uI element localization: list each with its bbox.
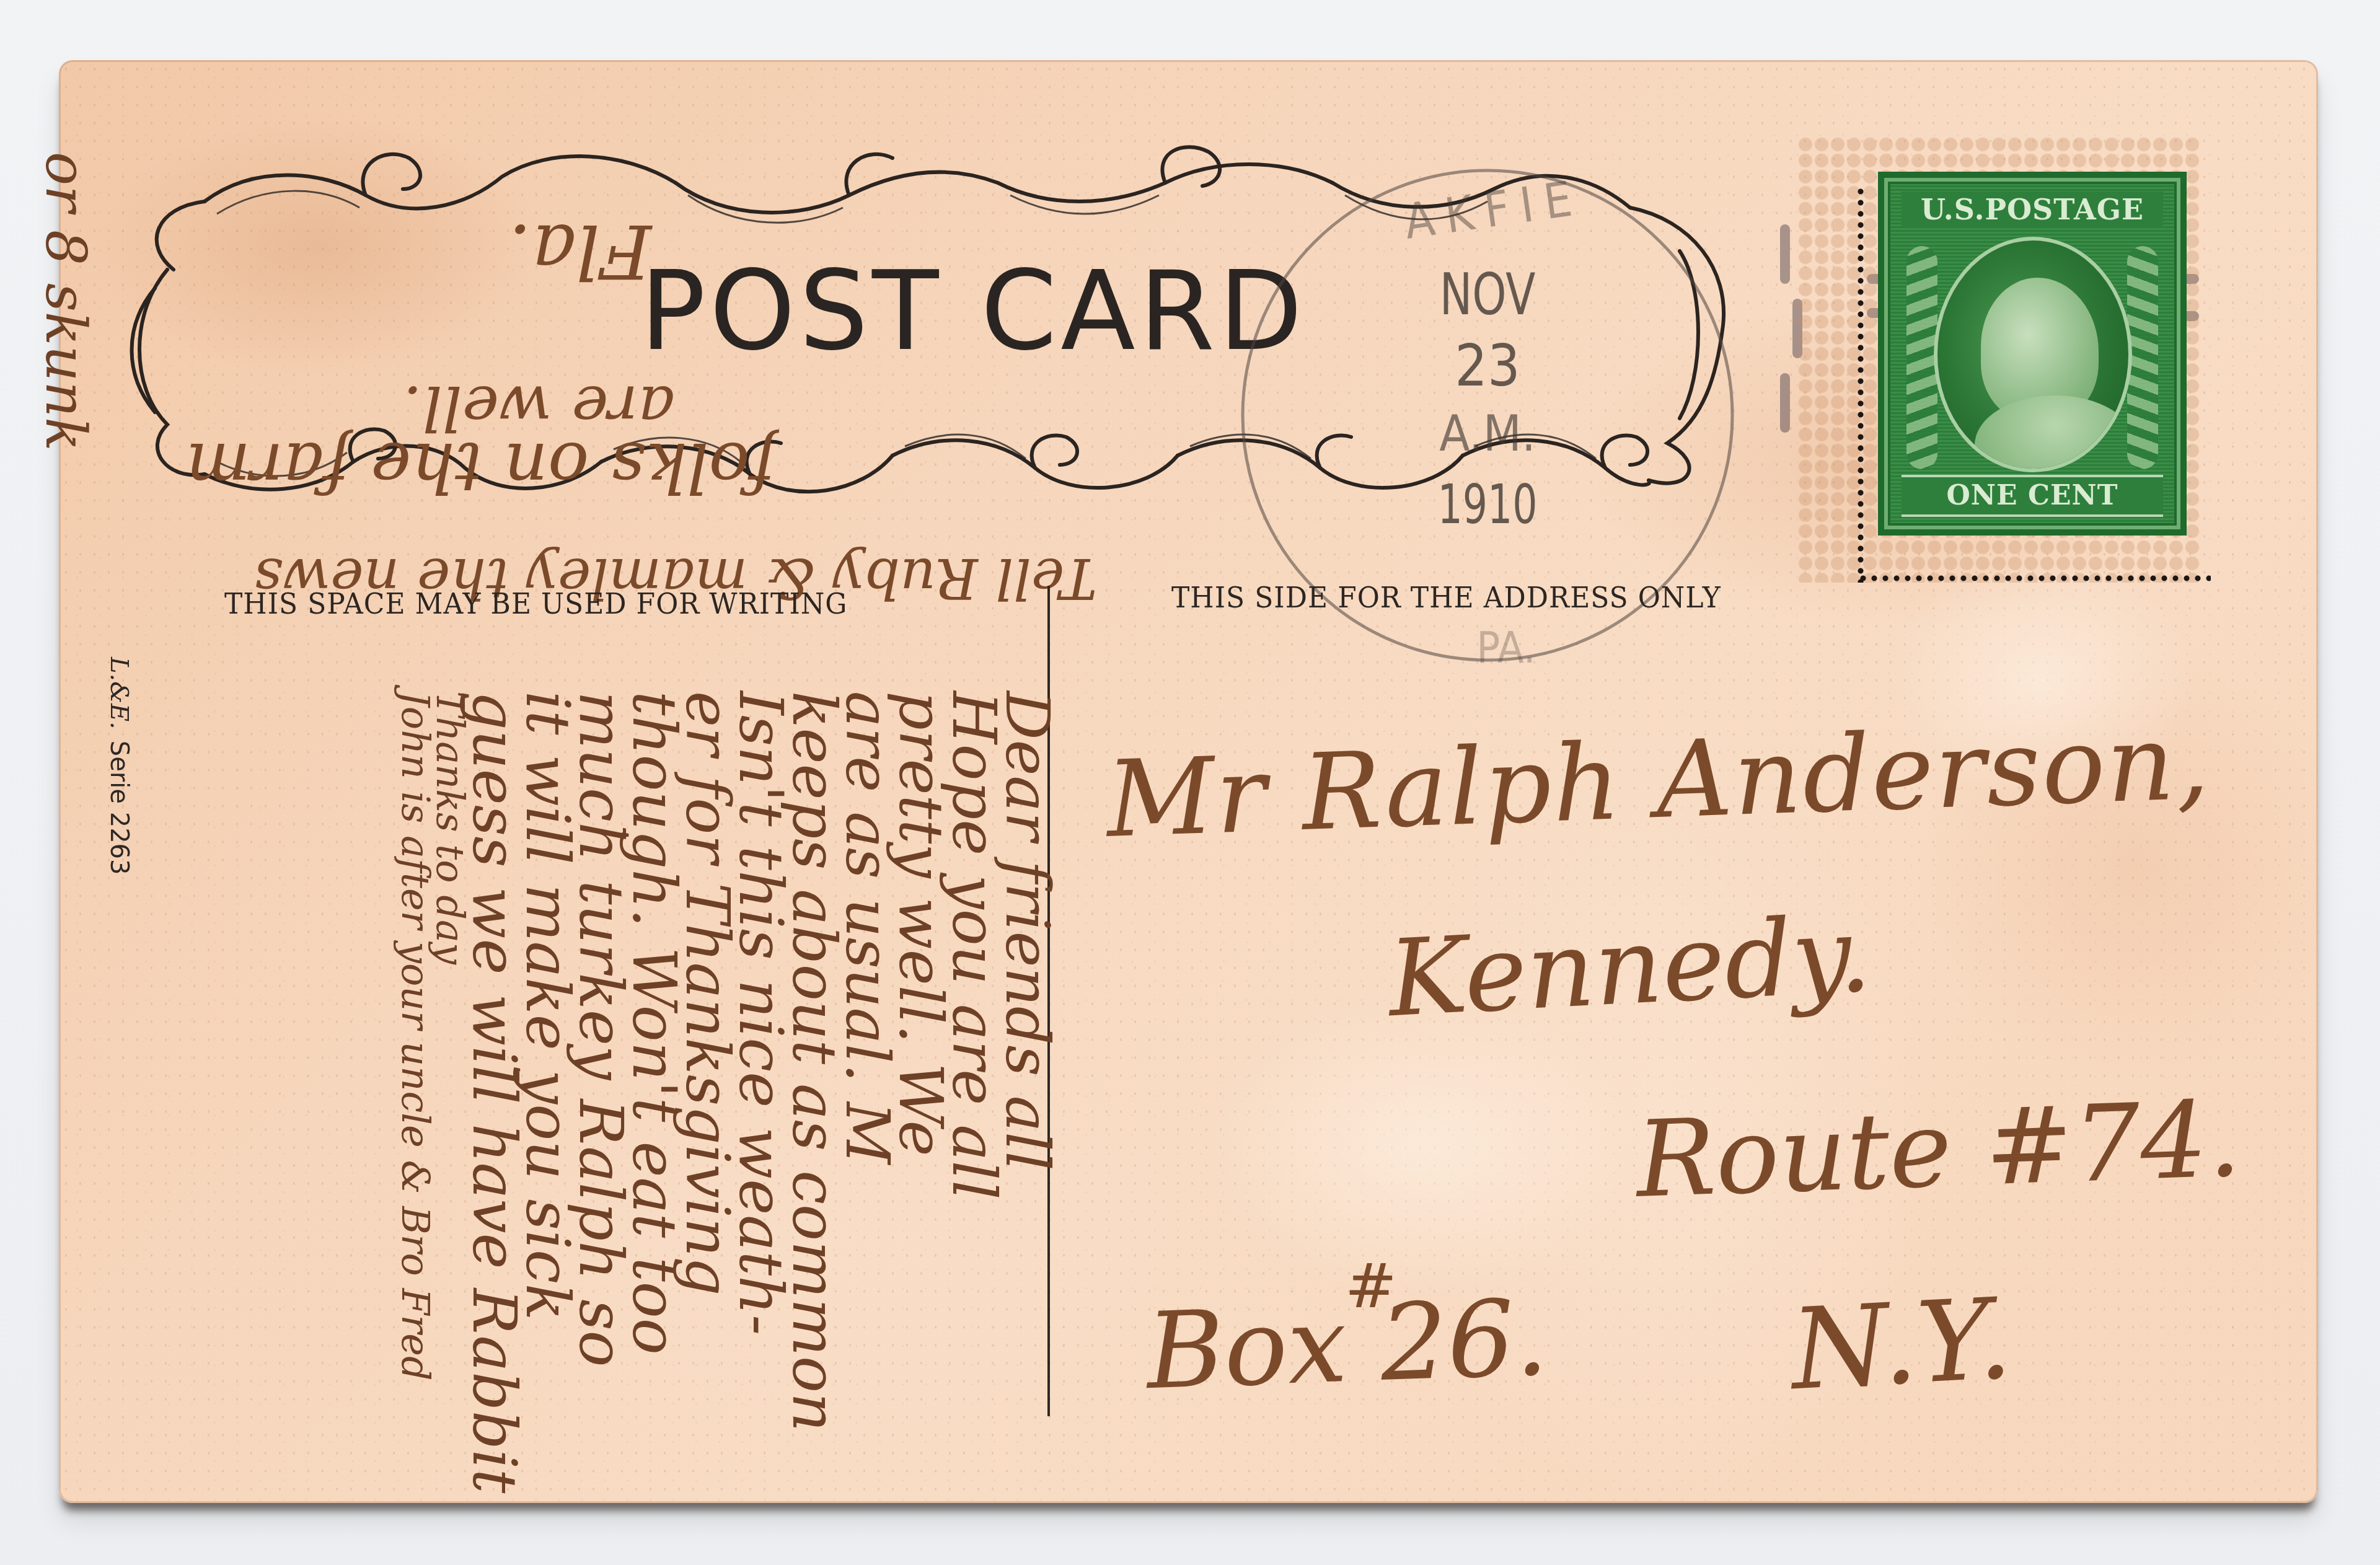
stamp-top-text: U.S.POSTAGE [1902,192,2163,227]
stamp-border-dots [1858,186,1864,583]
message-area-label: THIS SPACE MAY BE USED FOR WRITING [224,587,847,621]
upside-down-note: folks on the farm [186,428,775,507]
stamp-border-dots [1858,575,2211,581]
margin-line: or 8 skunk [37,152,93,451]
postmark-time: A.M. [1426,409,1549,459]
laurel-icon [1906,246,1937,469]
postmark-month: NOV [1424,267,1551,324]
series-label: Serie 2263 [105,741,133,875]
postmark-year: 1910 [1428,477,1547,532]
handwritten-message: Dear friends all Hope you are all pretty… [398,691,1054,1509]
message-closing: John is after your uncle & Bro Fred [398,691,433,1509]
recipient-box: Box 26. [1145,1285,1549,1404]
upside-down-note: Fla. [508,208,651,294]
recipient-state: N.Y. [1789,1284,2015,1406]
address-area-label: THIS SIDE FOR THE ADDRESS ONLY [1171,581,1721,615]
postage-stamp: U.S.POSTAGE ONE CENT [1878,172,2187,536]
postmark-day: 23 [1413,338,1562,395]
postmark-state: PA. [1463,626,1549,669]
margin-note: or 8 skunk [37,152,93,451]
message-line: guess we will have Rabbit [467,691,521,1509]
stamp-bottom-text: ONE CENT [1902,475,2163,517]
recipient-route: Route #74. [1634,1087,2242,1213]
recipient-town: Kennedy. [1386,902,1874,1033]
publisher-mark: L.&E. [105,657,133,730]
stamp-portrait [1934,237,2132,472]
series-number: L.&E.Serie 2263 [105,657,133,875]
